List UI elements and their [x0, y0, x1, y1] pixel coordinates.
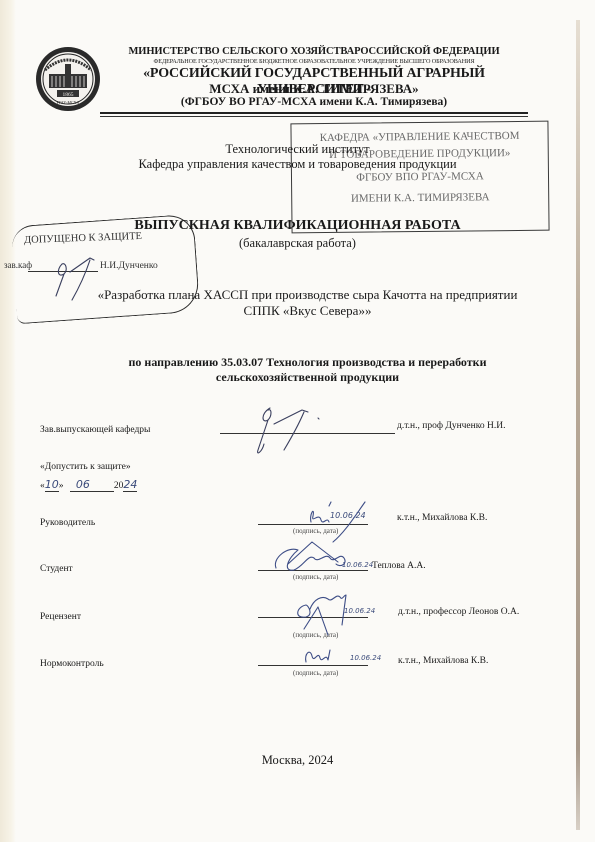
- signature-role-norm-control: Нормоконтроль: [40, 659, 104, 669]
- signature-role-supervisor: Руководитель: [40, 518, 95, 528]
- topic-line1: «Разработка плана ХАССП при производстве…: [60, 287, 555, 303]
- signature-name: к.т.н., Михайлова К.В.: [397, 513, 487, 523]
- signature-name: д.т.н., профессор Леонов О.А.: [398, 607, 519, 617]
- svg-text:РГАУ-МСХА: РГАУ-МСХА: [57, 100, 80, 105]
- date-month: 06: [76, 478, 90, 491]
- document-type-subtitle: (бакалаврская работа): [0, 236, 595, 251]
- department-name: Кафедра управления качеством и товаровед…: [0, 157, 595, 172]
- signature-date: 10.06.24: [350, 654, 381, 662]
- direction-line2: сельскохозяйственной продукции: [60, 370, 555, 385]
- institution-type: ФЕДЕРАЛЬНОЕ ГОСУДАРСТВЕННОЕ БЮДЖЕТНОЕ ОБ…: [104, 58, 524, 65]
- university-name-line2: МСХА имени К.А. ТИМИРЯЗЕВА»: [104, 81, 524, 97]
- topic-line2: СППК «Вкус Севера»»: [60, 303, 555, 319]
- document-type-title: ВЫПУСКНАЯ КВАЛИФИКАЦИОННАЯ РАБОТА: [0, 218, 595, 234]
- signature-icon: [268, 538, 368, 583]
- signature-icon: [250, 400, 330, 460]
- signature-caption: (подпись, дата): [293, 669, 338, 677]
- date-day: 10: [45, 478, 59, 491]
- head-label: Зав.выпускающей кафедры: [40, 425, 150, 435]
- university-short-name: (ФГБОУ ВО РГАУ-МСХА имени К.А. Тимирязев…: [104, 96, 524, 108]
- page-left-margin: [0, 0, 16, 842]
- date-line: «10» 062024: [40, 478, 137, 492]
- header-rule-thin: [100, 116, 528, 117]
- university-seal-icon: 1865 РГАУ-МСХА: [35, 46, 101, 112]
- signature-name: Теплова А.А.: [372, 561, 426, 571]
- head-name: д.т.н., проф Дунченко Н.И.: [397, 421, 505, 431]
- stamp-line: ИМЕНИ К.А. ТИМИРЯЗЕВА: [292, 190, 548, 208]
- signature-icon: [288, 585, 358, 645]
- institute-name: Технологический институт: [0, 142, 595, 157]
- direction-line1: по направлению 35.03.07 Технология произ…: [60, 355, 555, 370]
- date-year: 24: [123, 478, 137, 491]
- department-stamp: КАФЕДРА «УПРАВЛЕНИЕ КАЧЕСТВОМ И ТОВАРОВЕ…: [290, 121, 549, 234]
- admit-label: «Допустить к защите»: [40, 462, 131, 472]
- signature-name: к.т.н., Михайлова К.В.: [398, 656, 488, 666]
- signature-role-student: Студент: [40, 564, 73, 574]
- header-rule: [100, 112, 528, 114]
- signature-icon: [300, 640, 350, 670]
- svg-text:1865: 1865: [63, 92, 74, 98]
- admitted-stamp-position: зав.каф: [4, 260, 32, 270]
- city-year: Москва, 2024: [0, 753, 595, 768]
- ministry-name: МИНИСТЕРСТВО СЕЛЬСКОГО ХОЗЯЙСТВАРОССИЙСК…: [104, 46, 524, 57]
- signature-role-reviewer: Рецензент: [40, 612, 81, 622]
